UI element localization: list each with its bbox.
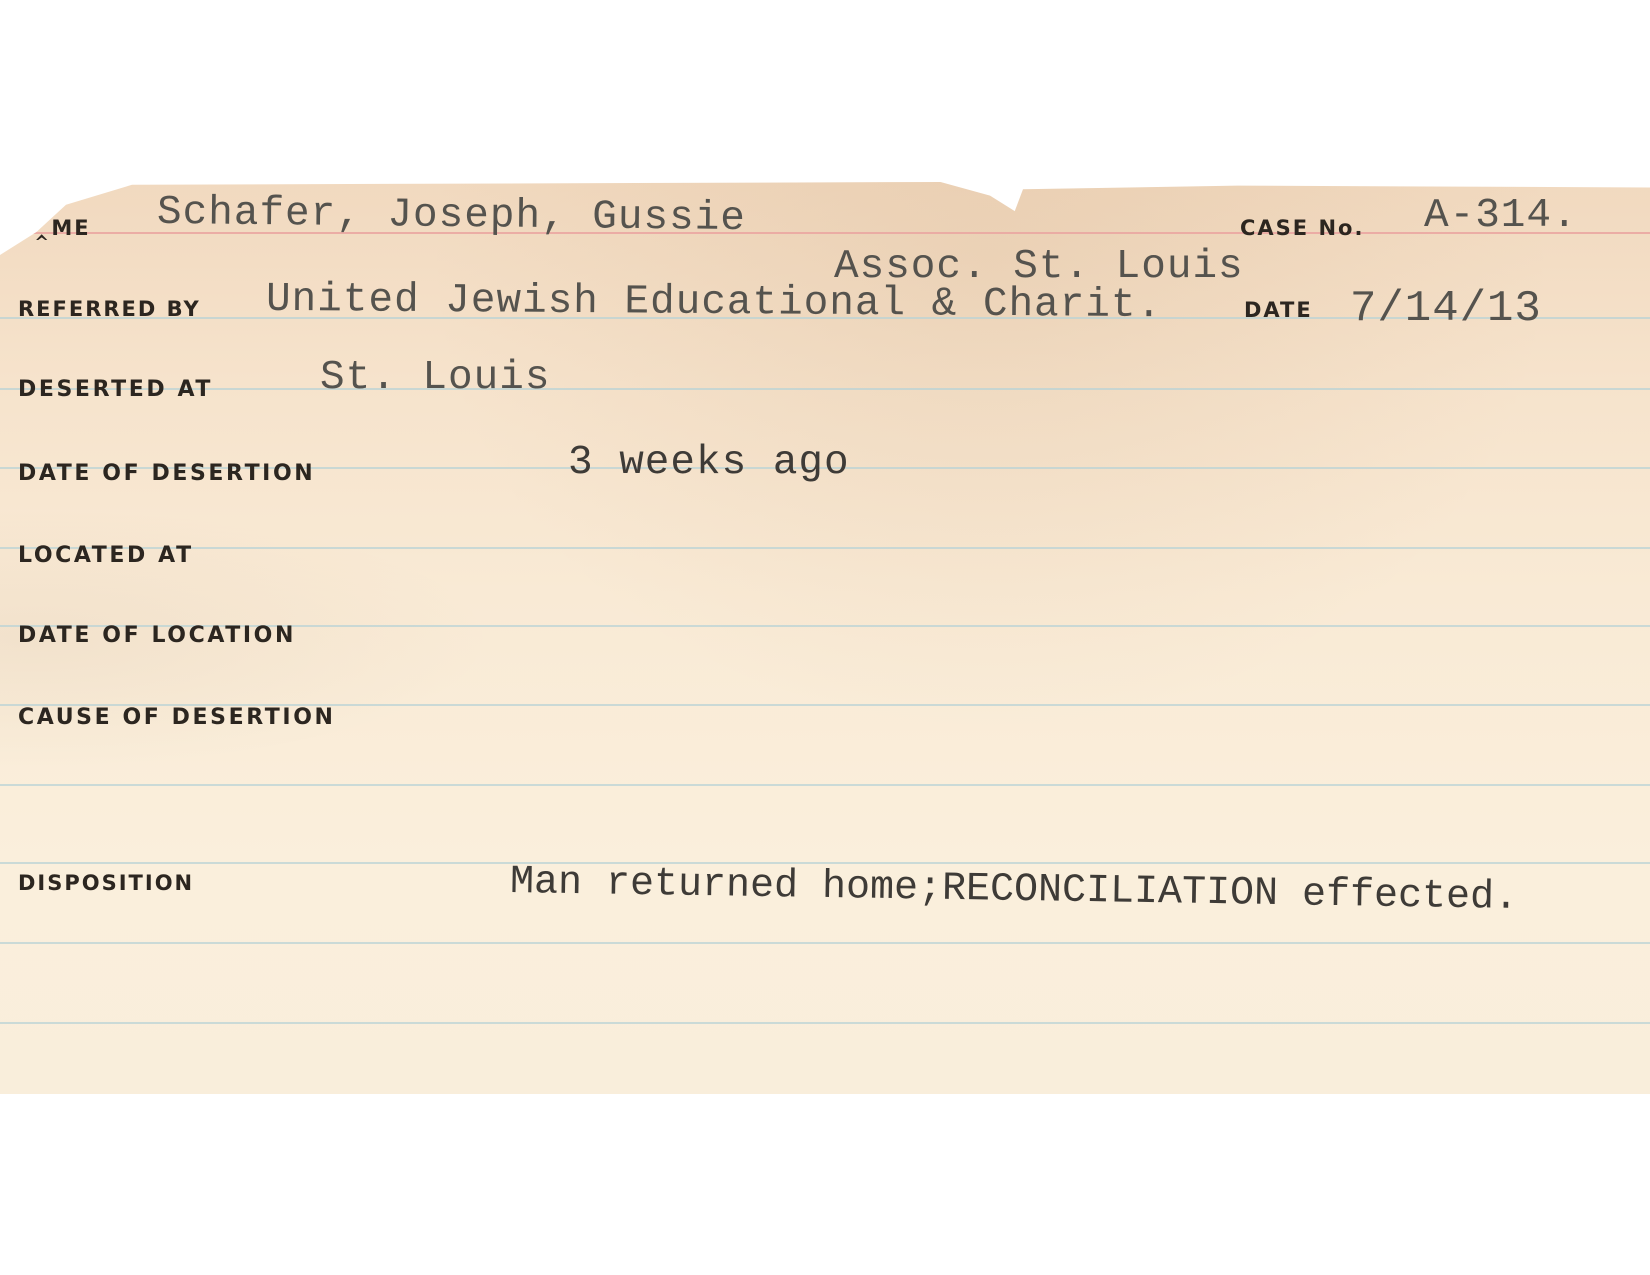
disposition-label: DISPOSITION [18,871,194,895]
date-label: DATE [1244,298,1313,322]
ruled-line [0,942,1650,944]
ruled-line [0,862,1650,864]
case-no-label: CASE No. [1240,216,1364,240]
name-label: ‸ME [34,216,91,240]
cause-of-desertion-label: CAUSE OF DESERTION [18,705,336,730]
date-of-location-label: DATE OF LOCATION [18,623,296,648]
name-value: Schafer, Joseph, Gussie [157,190,746,242]
referred-by-label: REFERRED BY [18,297,201,321]
ruled-line [0,547,1650,549]
deserted-at-label: DESERTED AT [18,377,213,402]
located-at-label: LOCATED AT [18,543,194,568]
case-no-value: A-314. [1424,193,1578,239]
date-value: 7/14/13 [1350,284,1542,334]
ruled-line [0,388,1650,390]
date-of-desertion-value: 3 weeks ago [568,440,850,486]
deserted-at-value: St. Louis [320,355,550,401]
referred-by-value-line2: United Jewish Educational & Charit. [266,277,1162,329]
ruled-line [0,1022,1650,1024]
ruled-line [0,784,1650,786]
date-of-desertion-label: DATE OF DESERTION [18,461,315,486]
